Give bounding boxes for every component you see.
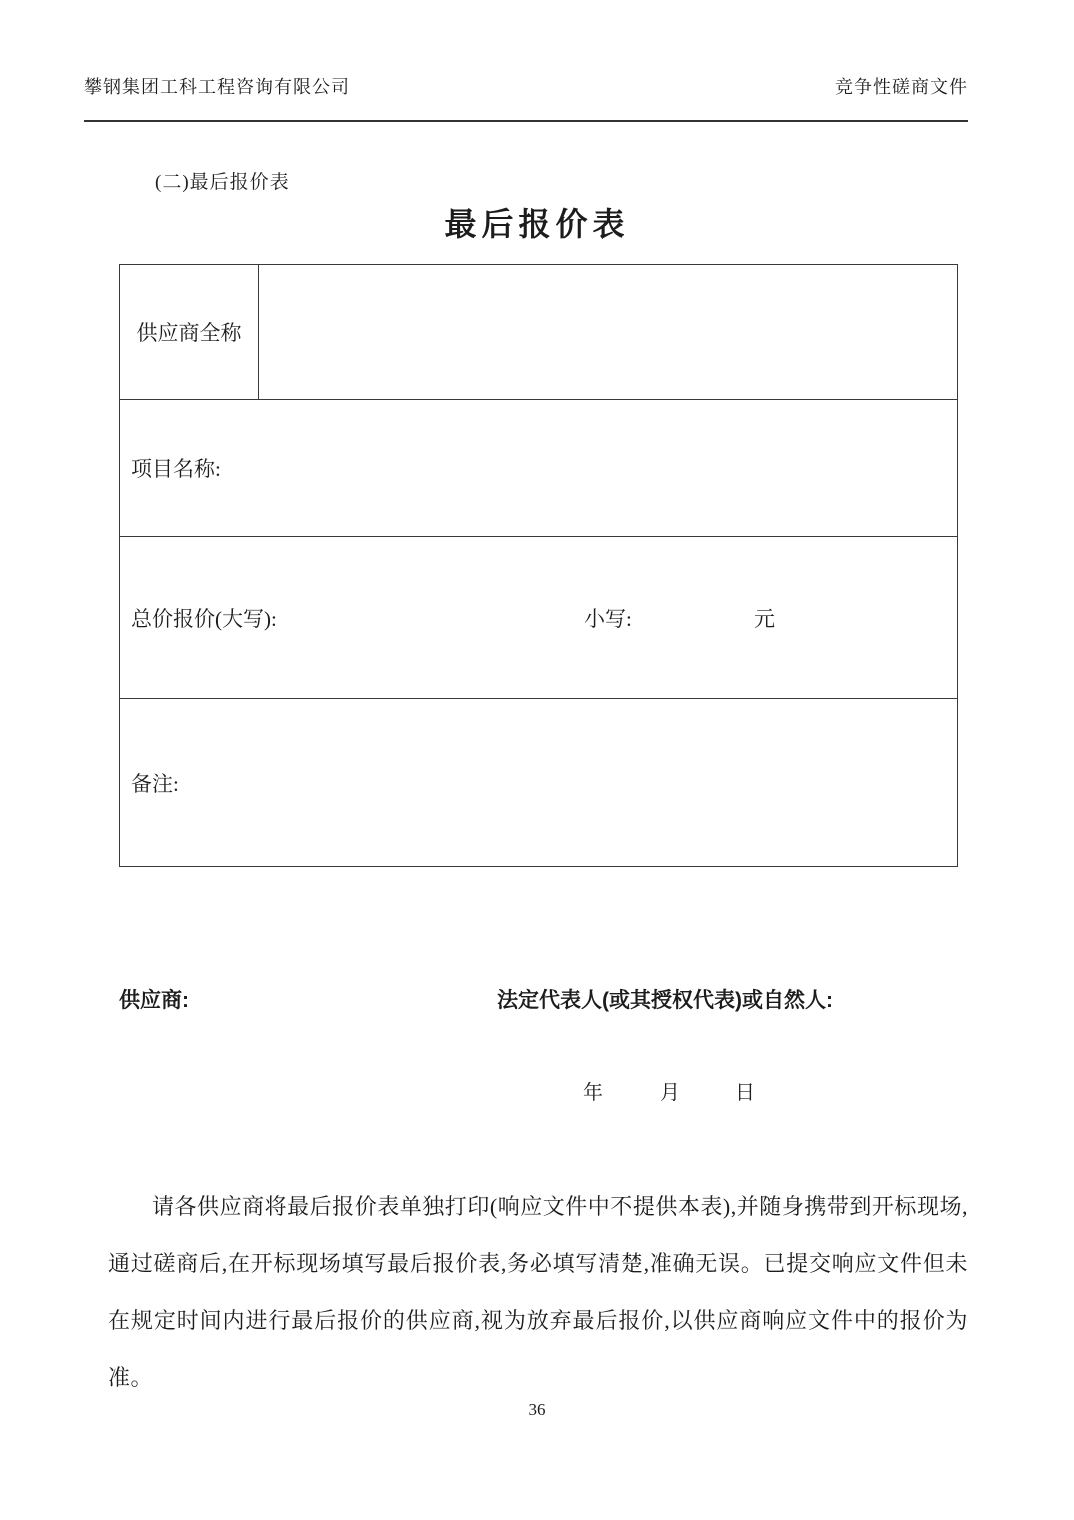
representative-signature-label: 法定代表人(或其授权代表)或自然人: — [497, 984, 833, 1014]
page-header: 攀钢集团工科工程咨询有限公司 竞争性磋商文件 — [84, 73, 968, 122]
remark-label: 备注: — [131, 772, 179, 796]
table-row-price: 总价报价(大写): 小写: 元 — [120, 537, 958, 699]
date-year-label: 年 — [583, 1076, 603, 1105]
total-price-words-label: 总价报价(大写): — [131, 603, 277, 633]
document-page: 攀钢集团工科工程咨询有限公司 竞争性磋商文件 (二)最后报价表 最后报价表 供应… — [0, 0, 1074, 1520]
project-name-label: 项目名称: — [131, 457, 221, 481]
table-row-project: 项目名称: — [120, 400, 958, 537]
project-name-field[interactable]: 项目名称: — [120, 400, 958, 537]
price-field[interactable]: 总价报价(大写): 小写: 元 — [120, 537, 958, 699]
section-label: (二)最后报价表 — [155, 167, 290, 194]
note-paragraph: 请各供应商将最后报价表单独打印(响应文件中不提供本表),并随身携带到开标现场,通… — [108, 1178, 968, 1406]
header-doc-type: 竞争性磋商文件 — [835, 73, 968, 99]
table-row-supplier: 供应商全称 — [120, 265, 958, 400]
remark-field[interactable]: 备注: — [120, 699, 958, 867]
table-row-remark: 备注: — [120, 699, 958, 867]
signature-row: 供应商: 法定代表人(或其授权代表)或自然人: — [0, 984, 1074, 1014]
supplier-name-field[interactable] — [259, 265, 958, 400]
date-line: 年 月 日 — [0, 1076, 1074, 1102]
supplier-name-label-cell: 供应商全称 — [120, 265, 259, 400]
price-figures-label: 小写: — [584, 603, 632, 633]
form-title: 最后报价表 — [0, 199, 1074, 245]
final-quotation-table: 供应商全称 项目名称: 总价报价(大写): 小写: 元 备注: — [119, 264, 958, 867]
page-number: 36 — [0, 1400, 1074, 1420]
date-day-label: 日 — [735, 1076, 755, 1105]
supplier-signature-label: 供应商: — [119, 984, 189, 1014]
date-month-label: 月 — [660, 1076, 680, 1105]
supplier-name-label: 供应商全称 — [137, 321, 242, 345]
header-company-name: 攀钢集团工科工程咨询有限公司 — [84, 73, 350, 99]
currency-unit-label: 元 — [754, 603, 775, 633]
